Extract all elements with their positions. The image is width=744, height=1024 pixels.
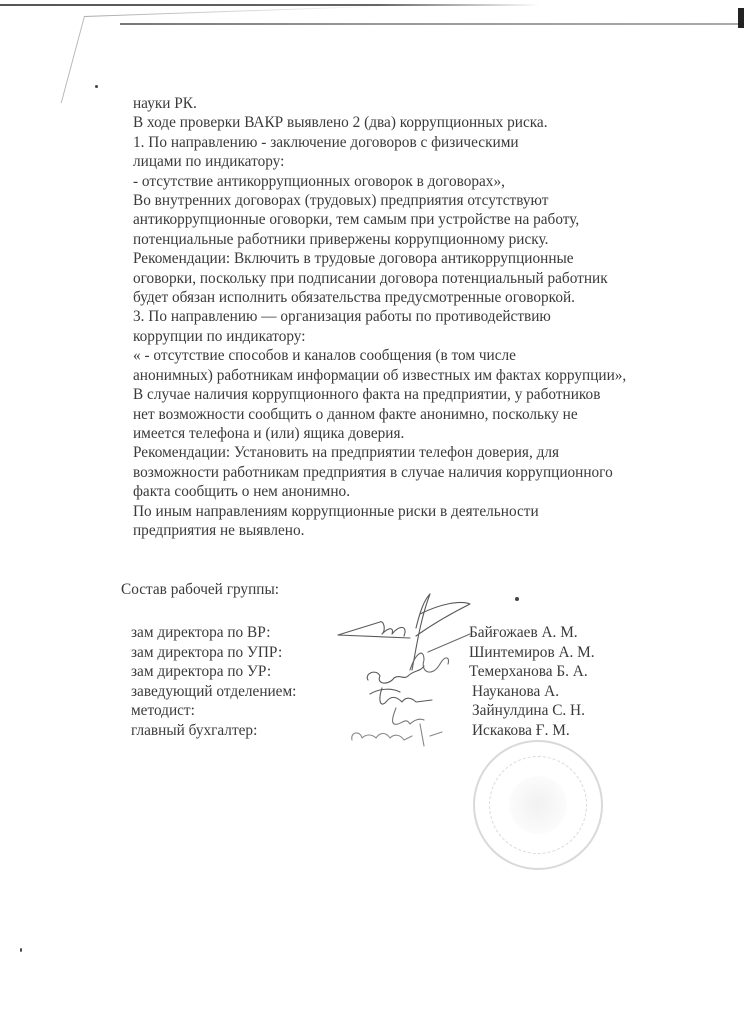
text-line: Рекомендации: Включить в трудовые догово… [133, 249, 733, 268]
text-line: В ходе проверки ВАКР выявлено 2 (два) ко… [133, 113, 733, 132]
signature-6 [352, 724, 442, 746]
text-line: 3. По направлению — организация работы п… [133, 307, 733, 326]
text-line: имеется телефона и (или) ящика доверия. [133, 424, 733, 443]
member-role: заведующий отделением: [131, 682, 296, 702]
text-line: По иным направлениям коррупционные риски… [133, 502, 733, 521]
signature-2 [410, 634, 470, 672]
text-line: - отсутствие антикоррупционных оговорок … [133, 172, 733, 191]
text-line: 1. По направлению - заключение договоров… [133, 133, 733, 152]
scan-speck [515, 597, 519, 601]
member-role: зам директора по УР: [131, 662, 271, 682]
scan-corner-mark [738, 8, 744, 28]
scan-speck [95, 85, 98, 88]
text-line: Во внутренних договорах (трудовых) предп… [133, 191, 733, 210]
scan-edge-fold [120, 23, 744, 25]
text-line: « - отсутствие способов и каналов сообще… [133, 346, 733, 365]
scan-edge-corner [84, 6, 384, 17]
member-role: зам директора по ВР: [131, 623, 271, 643]
signatures [320, 590, 490, 760]
signature-4 [370, 688, 432, 704]
text-line: В случае наличия коррупционного факта на… [133, 385, 733, 404]
text-line: анонимных) работникам информации об изве… [133, 366, 733, 385]
text-line: нет возможности сообщить о данном факте … [133, 405, 733, 424]
official-seal [473, 740, 603, 870]
member-role: главный бухгалтер: [131, 721, 257, 741]
seal-emblem [509, 776, 567, 834]
member-role: методист: [131, 701, 195, 721]
signature-3 [367, 666, 424, 683]
signature-5 [393, 708, 425, 724]
text-line: оговорки, поскольку при подписании догов… [133, 269, 733, 288]
scan-edge-top [0, 4, 540, 6]
text-line: лицами по индикатору: [133, 152, 733, 171]
text-line: предприятия не выявлено. [133, 521, 733, 540]
text-line: возможности работникам предприятия в слу… [133, 463, 733, 482]
member-role: зам директора по УПР: [131, 643, 282, 663]
text-line: коррупции по индикатору: [133, 327, 733, 346]
document-body: науки РК. В ходе проверки ВАКР выявлено … [133, 94, 733, 540]
signature-1 [338, 594, 470, 670]
scan-speck [20, 948, 22, 952]
scan-edge-left [61, 16, 85, 103]
working-group-title: Состав рабочей группы: [121, 580, 279, 599]
text-line: науки РК. [133, 94, 733, 113]
text-line: Рекомендации: Установить на предприятии … [133, 443, 733, 462]
text-line: антикоррупционные оговорки, тем самым пр… [133, 210, 733, 229]
text-line: потенциальные работники привержены корру… [133, 230, 733, 249]
text-line: факта сообщить о нем анонимно. [133, 482, 733, 501]
text-line: будет обязан исполнить обязательства пре… [133, 288, 733, 307]
